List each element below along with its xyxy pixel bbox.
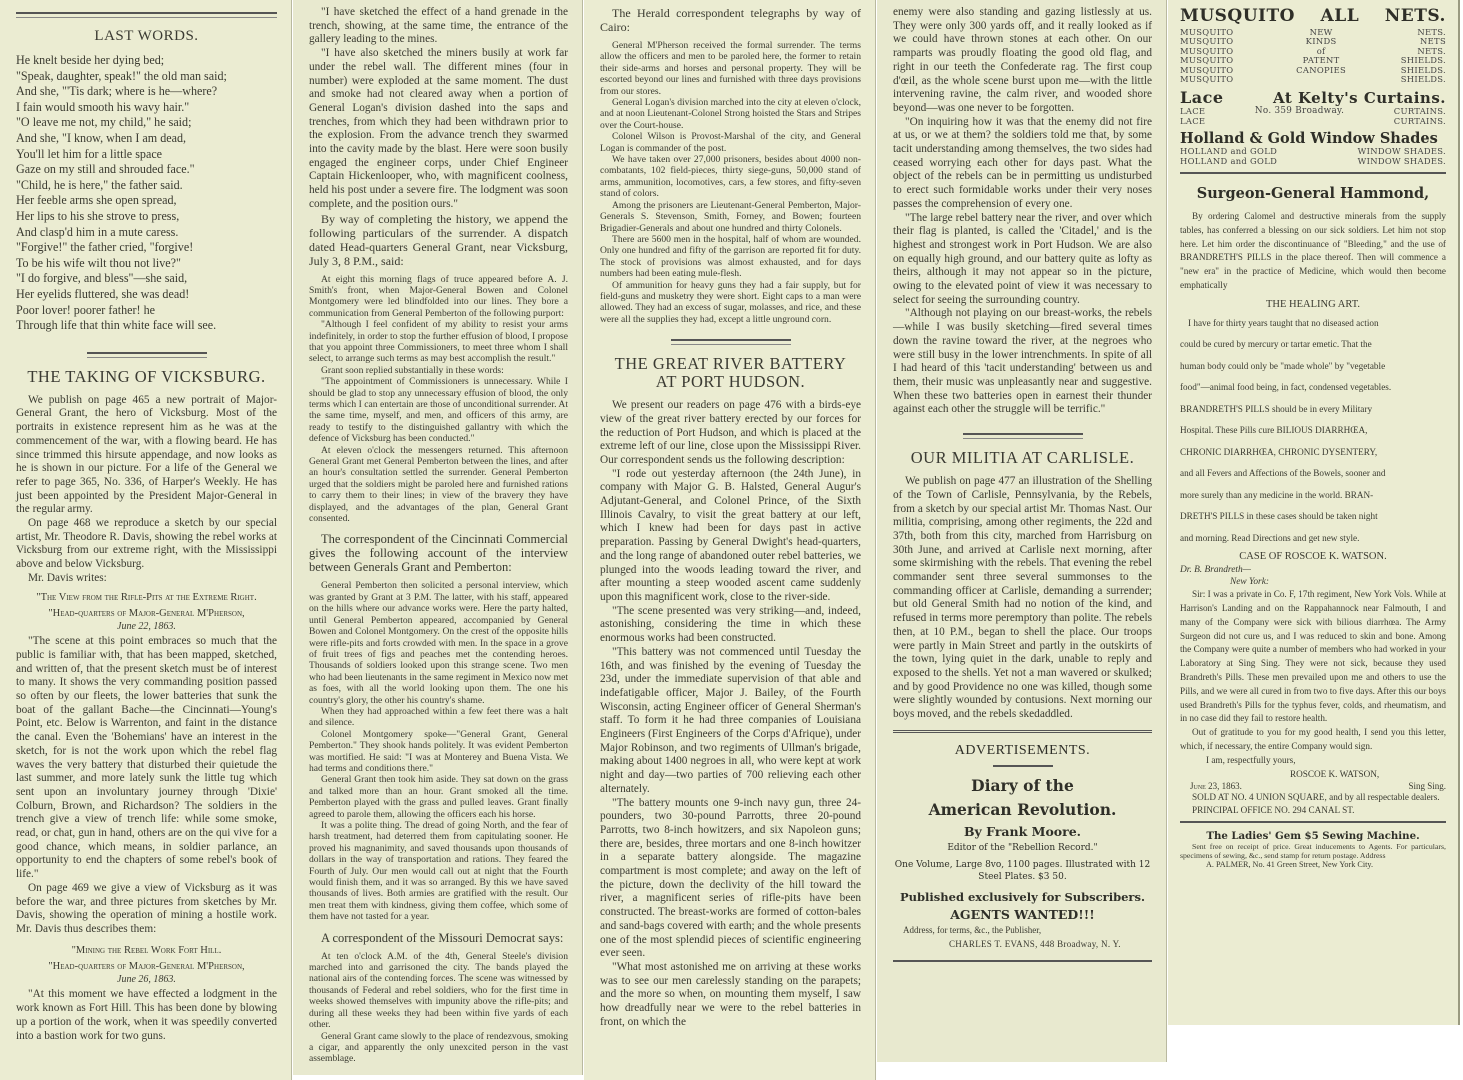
lace-row: Lace At Kelty's Curtains. — [1180, 88, 1446, 107]
article-paragraph: "The scene at this point embraces so muc… — [16, 635, 277, 882]
interview-paragraph: General Grant then took him aside. They … — [309, 774, 568, 820]
musquito-list-row: MUSQUITO MUSQUITO MUSQUITO MUSQUITO MUSQ… — [1180, 28, 1446, 84]
poem-line: He knelt beside her dying bed; — [16, 53, 277, 69]
dispatch-block: At eight this morning flags of truce app… — [309, 274, 568, 525]
ruled-line: CHRONIC DIARRHŒA, CHRONIC DYSENTERY, — [1180, 442, 1446, 464]
letter-date-row: June 23, 1863. Sing Sing. — [1180, 781, 1446, 791]
poem-line: And she, "I know, when I am dead, — [16, 131, 277, 147]
article-title-vicksburg: THE TAKING OF VICKSBURG. — [16, 368, 277, 386]
poem-line: Her lips to his she strove to press, — [16, 209, 277, 225]
article-paragraph: "Although not playing on our breast-work… — [893, 307, 1152, 417]
poem-line: "I do forgive, and bless"—she said, — [16, 271, 277, 287]
kelty-address: No. 359 Broadway. — [1255, 107, 1344, 116]
ad-principal-office: PRINCIPAL OFFICE NO. 294 CANAL ST. — [1180, 803, 1446, 817]
ruled-line: could be cured by mercury or tartar emet… — [1180, 334, 1446, 356]
article-paragraph: "At this moment we have effected a lodgm… — [16, 988, 277, 1043]
date: June 22, 1863. — [16, 620, 277, 634]
letter-place: Sing Sing. — [1408, 781, 1446, 791]
ad-sewing-address: A. PALMER, No. 41 Green Street, New York… — [1180, 860, 1446, 870]
article-title-battery: THE GREAT RIVER BATTERY AT PORT HUDSON. — [600, 355, 861, 391]
article-paragraph: "I have sketched the effect of a hand gr… — [309, 6, 568, 47]
article-paragraph: Mr. Davis writes: — [16, 572, 277, 586]
sketch-caption: "Mining the Rebel Work Fort Hill. — [16, 945, 277, 957]
ad-subheading: THE HEALING ART. — [1180, 299, 1446, 311]
poem-line: You'll let him for a little space — [16, 147, 277, 163]
advertisement-brandreth: Surgeon-General Hammond, By ordering Cal… — [1168, 185, 1458, 870]
dispatch-paragraph: At eight this morning flags of truce app… — [309, 274, 568, 320]
ad-title-line1: Diary of the — [893, 774, 1152, 798]
list-item: CURTAINS. — [1394, 117, 1446, 126]
herald-paragraph: There are 5600 men in the hospital, half… — [600, 234, 861, 280]
musquito-list: MUSQUITO MUSQUITO MUSQUITO MUSQUITO MUSQ… — [1180, 28, 1233, 84]
ad-kelty-heading: At Kelty's Curtains. — [1273, 89, 1446, 107]
poem-line: Gaze on my still and shrouded face." — [16, 162, 277, 178]
poem-line: And clasp'd him in a mute caress. — [16, 225, 277, 241]
article-paragraph: A correspondent of the Missouri Democrat… — [309, 931, 568, 945]
herald-block: General M'Pherson received the formal su… — [600, 40, 861, 325]
article-paragraph: On page 468 we reproduce a sketch by our… — [16, 517, 277, 572]
interview-block: General Pemberton then solicited a perso… — [309, 580, 568, 922]
poem-line: I fain would smooth his wavy hair." — [16, 100, 277, 116]
ad-paragraph: By ordering Calomel and destructive mine… — [1180, 210, 1446, 293]
ad-sewing-body: Sent free on receipt of price. Great ind… — [1180, 842, 1446, 860]
holland-list-row: HOLLAND and GOLD HOLLAND and GOLD WINDOW… — [1180, 147, 1446, 166]
list-item: LACE — [1180, 117, 1205, 126]
herald-paragraph: General Logan's division marched into th… — [600, 97, 861, 131]
article-paragraph: "On inquiring how it was that the enemy … — [893, 116, 1152, 212]
sketch-caption: "The View from the Rifle-Pits at the Ext… — [16, 592, 277, 604]
list-item: MUSQUITO — [1180, 75, 1233, 84]
letter-salutation: Dr. B. Brandreth— — [1180, 565, 1446, 576]
poem-line: Her eyelids fluttered, she was dead! — [16, 287, 277, 303]
ad-title-line2: American Revolution. — [893, 798, 1152, 822]
interview-paragraph: General Pemberton then solicited a perso… — [309, 580, 568, 705]
advertisement-diary: ADVERTISEMENTS. Diary of the American Re… — [893, 730, 1152, 963]
herald-paragraph: Of ammunition for heavy guns they had a … — [600, 280, 861, 326]
ad-ruled-text: I have for thirty years taught that no d… — [1180, 313, 1446, 550]
article-paragraph: "I have also sketched the miners busily … — [309, 47, 568, 211]
ruled-line: and all Fevers and Affections of the Bow… — [1180, 463, 1446, 485]
ruled-line: human body could only be "made whole" by… — [1180, 356, 1446, 378]
ad-holland-heading: Holland & Gold Window Shades — [1180, 130, 1446, 147]
dispatch-paragraph: "Although I feel confident of my ability… — [309, 319, 568, 365]
ad-all-heading: ALL — [1321, 6, 1360, 26]
ad-address: Address, for terms, &c., the Publisher, — [893, 924, 1152, 937]
lace-list: LACE LACE — [1180, 107, 1205, 126]
divider — [1180, 821, 1446, 824]
ad-editor: Editor of the "Rebellion Record." — [893, 842, 1152, 855]
ruled-line: more surely than any medicine in the wor… — [1180, 485, 1446, 507]
lace-list-row: LACE LACE No. 359 Broadway. CURTAINS. CU… — [1180, 107, 1446, 126]
ad-case-heading: CASE OF ROSCOE K. WATSON. — [1180, 551, 1446, 563]
section-divider — [963, 433, 1083, 439]
divider — [1180, 172, 1446, 175]
column-5: MUSQUITO ALL NETS. MUSQUITO MUSQUITO MUS… — [1168, 0, 1460, 1025]
ruled-line: DRETH'S PILLS in these cases should be t… — [1180, 506, 1446, 528]
article-paragraph: We present our readers on page 476 with … — [600, 399, 861, 468]
article-paragraph: The correspondent of the Cincinnati Comm… — [309, 532, 568, 574]
column-1: LAST WORDS. He knelt beside her dying be… — [0, 0, 292, 1080]
article-paragraph: On page 469 we give a view of Vicksburg … — [16, 882, 277, 937]
dateline: "Head-quarters of Major-General M'Pherso… — [16, 961, 277, 973]
ad-published: Published exclusively for Subscribers. — [893, 888, 1152, 906]
ad-sewing-title: The Ladies' Gem $5 Sewing Machine. — [1180, 830, 1446, 842]
letter-signature: ROSCOE K. WATSON, — [1180, 768, 1446, 781]
democrat-paragraph: General Grant came slowly to the place o… — [309, 1031, 568, 1065]
herald-paragraph: General M'Pherson received the formal su… — [600, 40, 861, 97]
divider — [993, 765, 1053, 768]
ad-hammond-title: Surgeon-General Hammond, — [1180, 185, 1446, 202]
musquito-header-row: MUSQUITO ALL NETS. — [1180, 6, 1446, 26]
article-paragraph: "I rode out yesterday afternoon (the 24t… — [600, 468, 861, 605]
column-2: "I have sketched the effect of a hand gr… — [293, 0, 583, 1075]
dateline: "Head-quarters of Major-General M'Pherso… — [16, 608, 277, 620]
letter-body: Sir: I was a private in Co. F, 17th regi… — [1180, 588, 1446, 726]
poem-line: "Child, he is here," the father said. — [16, 178, 277, 194]
poem-line: "Forgive!" the father cried, "forgive! — [16, 240, 277, 256]
poem-line: "Speak, daughter, speak!" the old man sa… — [16, 69, 277, 85]
ad-publisher: CHARLES T. EVANS, 448 Broadway, N. Y. — [893, 937, 1152, 952]
poem-line: To be his wife wilt thou not live?" — [16, 256, 277, 272]
column-3: The Herald correspondent telegraphs by w… — [584, 0, 876, 1080]
article-paragraph: By way of completing the history, we app… — [309, 212, 568, 268]
kinds-list: NEW KINDS of PATENT CANOPIES — [1288, 28, 1346, 75]
interview-paragraph: It was a polite thing. The dread of goin… — [309, 820, 568, 923]
democrat-paragraph: At ten o'clock A.M. of the 4th, General … — [309, 951, 568, 1031]
letter-body: Out of gratitude to you for my good heal… — [1180, 726, 1446, 754]
ruled-line: food"—animal food being, in fact, conden… — [1180, 377, 1446, 399]
article-paragraph: "The battery mounts one 9-inch navy gun,… — [600, 797, 861, 961]
dispatch-paragraph: "The appointment of Commissioners is unn… — [309, 376, 568, 444]
section-divider — [671, 339, 791, 345]
poem-line: And she, "'Tis dark; where is he—where? — [16, 84, 277, 100]
article-paragraph: enemy were also standing and gazing list… — [893, 6, 1152, 116]
dispatch-paragraph: At eleven o'clock the messengers returne… — [309, 445, 568, 525]
date: June 26, 1863. — [16, 973, 277, 987]
shades-list: WINDOW SHADES. WINDOW SHADES. — [1358, 147, 1446, 166]
top-rule — [16, 12, 277, 18]
herald-paragraph: Colonel Wilson is Provost-Marshal of the… — [600, 131, 861, 154]
list-item: CANOPIES — [1296, 66, 1346, 75]
ad-nets-heading: NETS. — [1385, 6, 1446, 26]
interview-paragraph: Colonel Montgomery spoke—"General Grant,… — [309, 729, 568, 775]
list-item: HOLLAND and GOLD — [1180, 157, 1277, 166]
article-title-militia: OUR MILITIA AT CARLISLE. — [893, 449, 1152, 467]
poem-body: He knelt beside her dying bed; "Speak, d… — [16, 53, 277, 334]
holland-list: HOLLAND and GOLD HOLLAND and GOLD — [1180, 147, 1277, 166]
list-item: WINDOW SHADES. — [1358, 157, 1446, 166]
article-paragraph: We publish on page 477 an illustration o… — [893, 475, 1152, 722]
dispatch-paragraph: Grant soon replied substantially in thes… — [309, 365, 568, 376]
herald-paragraph: We have taken over 27,000 prisoners, bes… — [600, 154, 861, 200]
herald-paragraph: Among the prisoners are Lieutenant-Gener… — [600, 200, 861, 234]
ad-details: One Volume, Large 8vo, 1100 pages. Illus… — [893, 859, 1152, 883]
article-paragraph: "The scene presented was very striking—a… — [600, 605, 861, 646]
ad-lace-heading: Lace — [1180, 88, 1224, 107]
poem-title: LAST WORDS. — [16, 28, 277, 45]
ad-sold-at: SOLD AT NO. 4 UNION SQUARE, and by all r… — [1180, 791, 1446, 804]
ad-agents-wanted: AGENTS WANTED!!! — [893, 906, 1152, 924]
advertisement-musquito-nets: MUSQUITO ALL NETS. MUSQUITO MUSQUITO MUS… — [1168, 0, 1458, 175]
article-paragraph: "This battery was not commenced until Tu… — [600, 646, 861, 797]
article-paragraph: The Herald correspondent telegraphs by w… — [600, 6, 861, 34]
list-item: SHIELDS. — [1401, 75, 1446, 84]
poem-line: Through life that thin white face will s… — [16, 318, 277, 334]
letter-closing: I am, respectfully yours, — [1180, 754, 1446, 768]
advertisements-heading: ADVERTISEMENTS. — [893, 743, 1152, 759]
ad-musquito-heading: MUSQUITO — [1180, 6, 1295, 26]
democrat-block: At ten o'clock A.M. of the 4th, General … — [309, 951, 568, 1065]
bottom-rule — [893, 960, 1152, 963]
ruled-line: and morning. Read Directions and get new… — [1180, 528, 1446, 550]
curtains-list: CURTAINS. CURTAINS. — [1394, 107, 1446, 126]
ruled-line: BRANDRETH'S PILLS should be in every Mil… — [1180, 399, 1446, 421]
nets-list: NETS. NETS NETS. SHIELDS. SHIELDS. SHIEL… — [1401, 28, 1446, 84]
column-4: enemy were also standing and gazing list… — [877, 0, 1167, 1062]
letter-salutation: New York: — [1180, 577, 1446, 588]
section-divider — [87, 352, 207, 358]
poem-line: "O leave me not, my child," he said; — [16, 115, 277, 131]
poem-line: Her feeble arms she open spread, — [16, 193, 277, 209]
poem-line: Poor lover! poorer father! he — [16, 303, 277, 319]
interview-paragraph: When they had approached within a few fe… — [309, 706, 568, 729]
article-paragraph: "What most astonished me on arriving at … — [600, 961, 861, 1030]
letter-date: June 23, 1863. — [1180, 781, 1242, 791]
article-paragraph: We publish on page 465 a new portrait of… — [16, 394, 277, 517]
ad-author: By Frank Moore. — [893, 822, 1152, 842]
ruled-line: Hospital. These Pills cure BILIOUS DIARR… — [1180, 420, 1446, 442]
ruled-line: I have for thirty years taught that no d… — [1180, 313, 1446, 335]
article-paragraph: "The large rebel battery near the river,… — [893, 212, 1152, 308]
